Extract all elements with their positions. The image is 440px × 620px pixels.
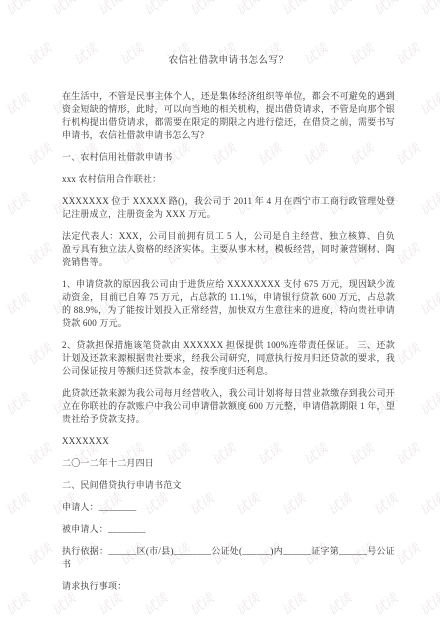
paragraph: 一、农村信用社借款申请书: [62, 151, 395, 164]
paragraph: 法定代表人：XXX，公司目前拥有员工 5 人，公司是自主经营、独立核算、自负盈亏…: [62, 230, 395, 269]
paragraph: xxx 农村信用合作联社：: [62, 173, 395, 186]
paragraph: 在生活中，不管是民事主体个人，还是集体经济组织等单位，都会不可避免的遇到资金短缺…: [62, 90, 395, 142]
paragraph: 1、申请贷款的原因我公司由于进货应给 XXXXXXXX 支付 675 万元，现因…: [62, 278, 395, 330]
paragraph: XXXXXXX: [62, 435, 395, 448]
paragraph: 申请人：________: [62, 501, 395, 514]
paragraph: 2、贷款担保措施该笔贷款由 XXXXXX 担保提供 100%连带责任保证。 三、…: [62, 339, 395, 378]
paragraph: XXXXXXX 位于 XXXXX 路()，我公司于 2011 年 4 月在西宁市…: [62, 195, 395, 221]
paragraph: 此贷款还款来源为我公司每月经营收入，我公司计划将每日营业款缴存到我公司开立在你联…: [62, 387, 395, 426]
document-page: 试读试读试读试读试读试读试读试读试读试读试读试读试读试读试读试读试读试读试读试读…: [0, 0, 440, 620]
document-content: 农信社借款申请书怎么写？ 在生活中，不管是民事主体个人，还是集体经济组织等单位，…: [0, 0, 440, 593]
paragraph: 二、民间借贷执行申请书范文: [62, 479, 395, 492]
paragraph: 执行依据：______区(市/县)________公证处(______)内___…: [62, 545, 395, 571]
paragraph: 被申请人：________: [62, 523, 395, 536]
document-title: 农信社借款申请书怎么写？: [62, 52, 395, 66]
paragraph: 请求执行事项：: [62, 580, 395, 593]
paragraph: 二〇一二年十二月四日: [62, 457, 395, 470]
document-body: 在生活中，不管是民事主体个人，还是集体经济组织等单位，都会不可避免的遇到资金短缺…: [62, 90, 395, 593]
